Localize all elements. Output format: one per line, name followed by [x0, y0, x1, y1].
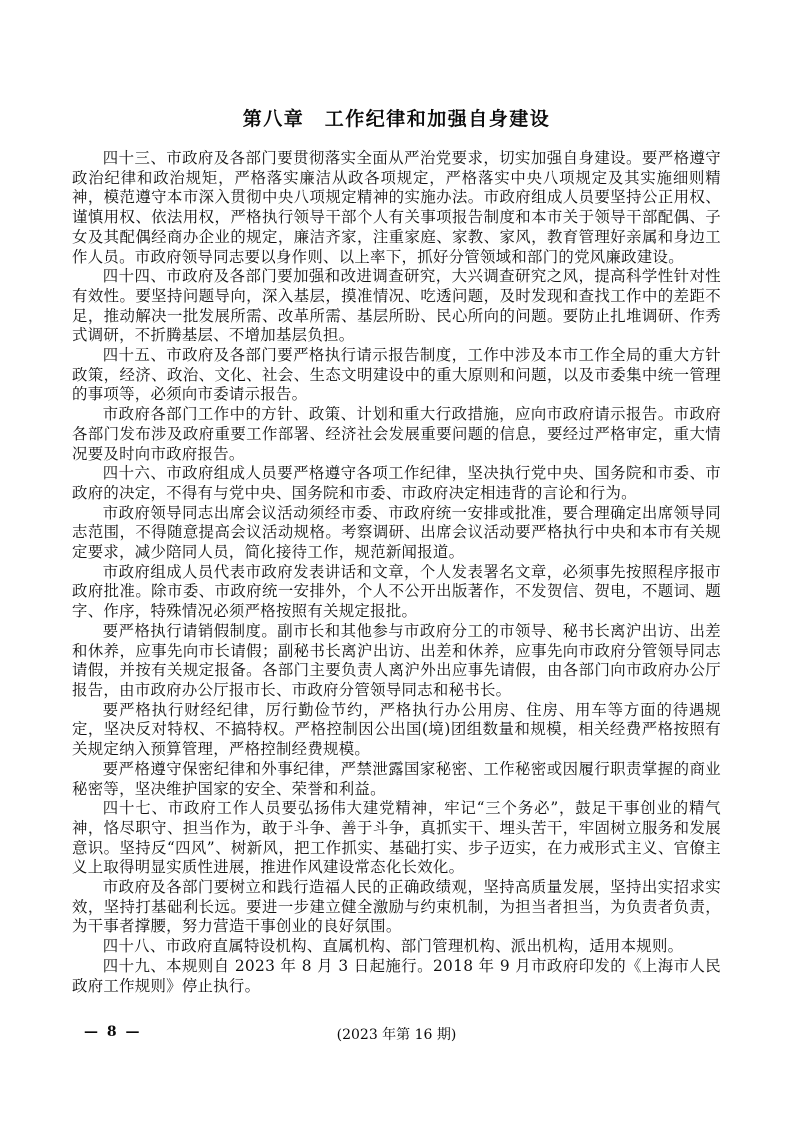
paragraph: 四十五、市政府及各部门要严格执行请示报告制度，工作中涉及本市工作全局的重大方针政… [72, 346, 721, 405]
issue-label: (2023 年第 16 期) [337, 1024, 457, 1044]
paragraph: 要严格遵守保密纪律和外事纪律，严禁泄露国家秘密、工作秘密或因履行职责掌握的商业秘… [72, 760, 721, 799]
paragraph: 要严格执行财经纪律，厉行勤俭节约，严格执行办公用房、住房、用车等方面的待遇规定，… [72, 701, 721, 760]
paragraph: 要严格执行请销假制度。副市长和其他参与市政府分工的市领导、秘书长离沪出访、出差和… [72, 622, 721, 701]
paragraph: 市政府及各部门要树立和践行造福人民的正确政绩观，坚持高质量发展，坚持出实招求实效… [72, 878, 721, 937]
paragraph: 四十六、市政府组成人员要严格遵守各项工作纪律，坚决执行党中央、国务院和市委、市政… [72, 464, 721, 503]
paragraph: 四十九、本规则自 2023 年 8 月 3 日起施行。2018 年 9 月市政府… [72, 957, 721, 996]
paragraph: 四十七、市政府工作人员要弘扬伟大建党精神，牢记“三个务必”，鼓足干事创业的精气神… [72, 799, 721, 878]
paragraph: 市政府组成人员代表市政府发表讲话和文章，个人发表署名文章，必须事先按照程序报市政… [72, 563, 721, 622]
paragraph: 四十八、市政府直属特设机构、直属机构、部门管理机构、派出机构，适用本规则。 [72, 937, 721, 957]
paragraph: 市政府领导同志出席会议活动须经市委、市政府统一安排或批准，要合理确定出席领导同志… [72, 504, 721, 563]
paragraph: 市政府各部门工作中的方针、政策、计划和重大行政措施，应向市政府请示报告。市政府各… [72, 405, 721, 464]
chapter-title: 第八章 工作纪律和加强自身建设 [0, 0, 793, 131]
page-footer: — 8 — (2023 年第 16 期) [72, 1024, 721, 1046]
paragraph: 四十三、市政府及各部门要贯彻落实全面从严治党要求，切实加强自身建设。要严格遵守政… [72, 149, 721, 267]
document-page: 第八章 工作纪律和加强自身建设 四十三、市政府及各部门要贯彻落实全面从严治党要求… [0, 0, 793, 1122]
page-number: — 8 — [84, 1024, 142, 1040]
document-body: 四十三、市政府及各部门要贯彻落实全面从严治党要求，切实加强自身建设。要严格遵守政… [72, 149, 721, 996]
paragraph: 四十四、市政府及各部门要加强和改进调查研究，大兴调查研究之风，提高科学性针对性有… [72, 267, 721, 346]
